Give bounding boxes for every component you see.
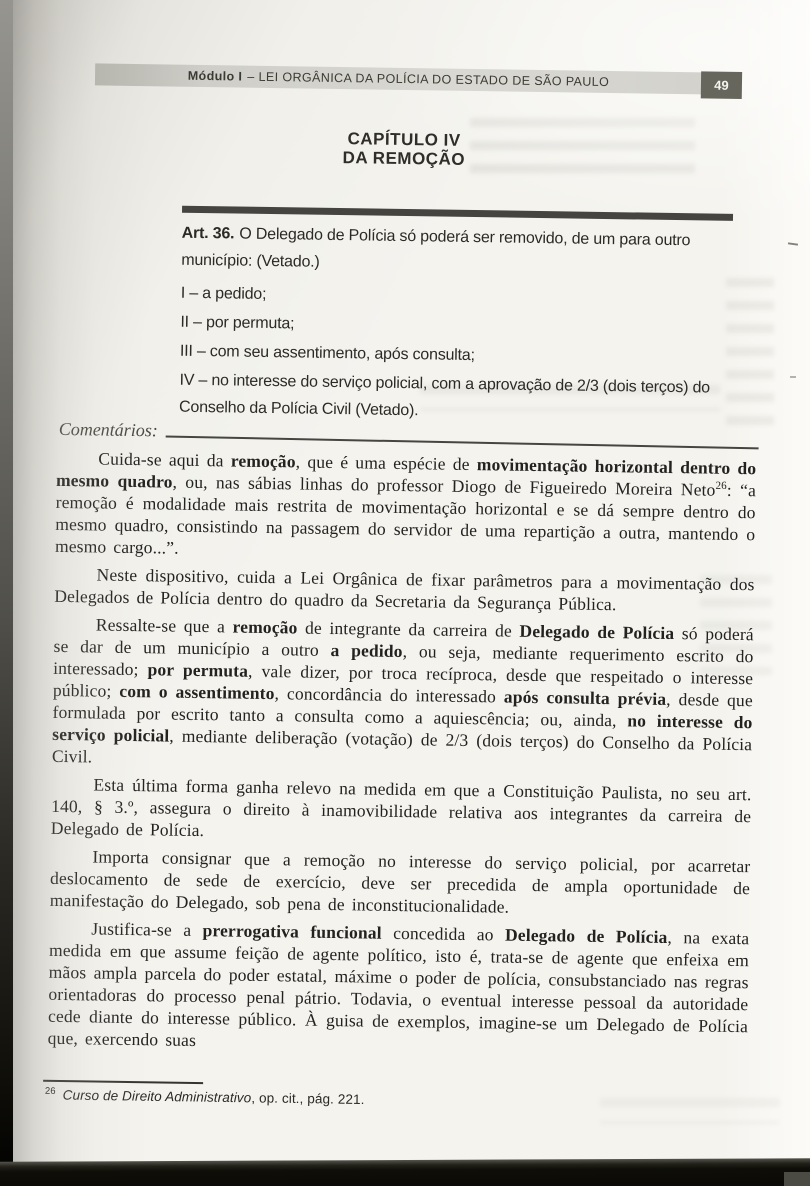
scanned-book-page: Módulo I – LEI ORGÂNICA DA POLÍCIA DO ES… <box>0 0 810 1186</box>
page-number-badge: 49 <box>701 71 742 99</box>
comment-paragraph: Justifica-se a prerrogativa funcional co… <box>48 917 750 1059</box>
scan-speck <box>790 376 796 378</box>
footnote-divider <box>43 1080 203 1084</box>
running-header: Módulo I – LEI ORGÂNICA DA POLÍCIA DO ES… <box>95 63 702 94</box>
article-item-4: IV – no interesse do serviço policial, c… <box>179 367 746 429</box>
page-content: Módulo I – LEI ORGÂNICA DA POLÍCIA DO ES… <box>0 0 810 1186</box>
scan-bottom-corner <box>784 1172 810 1186</box>
header-module-label: Módulo I <box>188 69 243 84</box>
comment-paragraph: Ressalte-se que a remoção de integrante … <box>52 613 754 777</box>
header-title: – LEI ORGÂNICA DA POLÍCIA DO ESTADO DE S… <box>247 70 609 89</box>
comments-body: Cuida-se aqui da remoção, que é uma espé… <box>47 447 756 1065</box>
footnote: 26Curso de Direito Administrativo, op. c… <box>45 1086 705 1112</box>
article-caption: Art. 36.O Delegado de Polícia só poderá … <box>181 220 748 282</box>
article-divider-bar <box>182 206 733 221</box>
footnote-work-title: Curso de Direito Administrativo <box>63 1088 252 1106</box>
comment-paragraph: Cuida-se aqui da remoção, que é uma espé… <box>55 447 757 567</box>
comments-rule-line <box>166 435 759 449</box>
footnote-rest: , op. cit., pág. 221. <box>251 1090 364 1107</box>
article-number: Art. 36. <box>182 225 235 243</box>
comments-label: Comentários: <box>59 419 158 441</box>
comment-paragraph: Neste dispositivo, cuida a Lei Orgânica … <box>54 563 755 617</box>
article-block: Art. 36.O Delegado de Polícia só poderá … <box>179 220 748 431</box>
comment-paragraph: Importa consignar que a remoção no inter… <box>50 845 751 921</box>
comment-paragraph: Esta última forma ganha relevo na medida… <box>51 773 752 849</box>
chapter-heading: CAPÍTULO IV DA REMOÇÃO <box>0 124 809 174</box>
footnote-marker: 26 <box>45 1086 56 1097</box>
article-caption-text: O Delegado de Polícia só poderá ser remo… <box>181 226 690 271</box>
